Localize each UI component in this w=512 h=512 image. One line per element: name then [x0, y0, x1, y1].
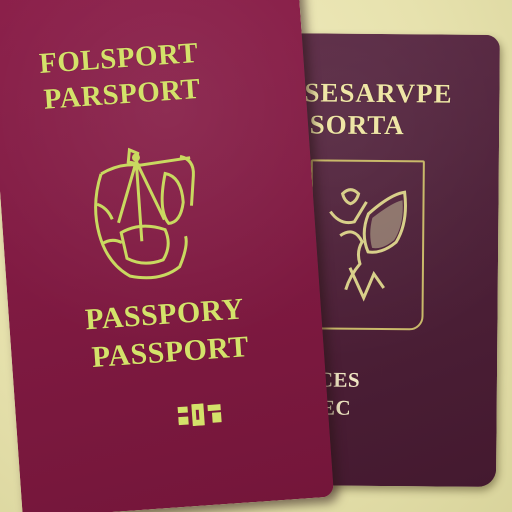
back-passport-title-line1: ƎSESARVPE: [285, 77, 452, 109]
front-passport: FOLSPORT PARSPORT PASSPORY PASSPORT: [0, 0, 334, 512]
coat-of-arms-icon: [79, 136, 218, 285]
front-passport-bottom-line2: PASSPORT: [91, 330, 250, 375]
photo-scene: ƎSESARVPE DSORTA OCES SEC FOLSPORT PARSP…: [0, 0, 512, 512]
front-passport-title-line2: PARSPORT: [43, 73, 202, 117]
front-passport-bottom-line1: PASSPORY: [84, 292, 245, 337]
heraldic-shield-icon: [320, 183, 411, 304]
biometric-chip-icon: [177, 402, 222, 427]
